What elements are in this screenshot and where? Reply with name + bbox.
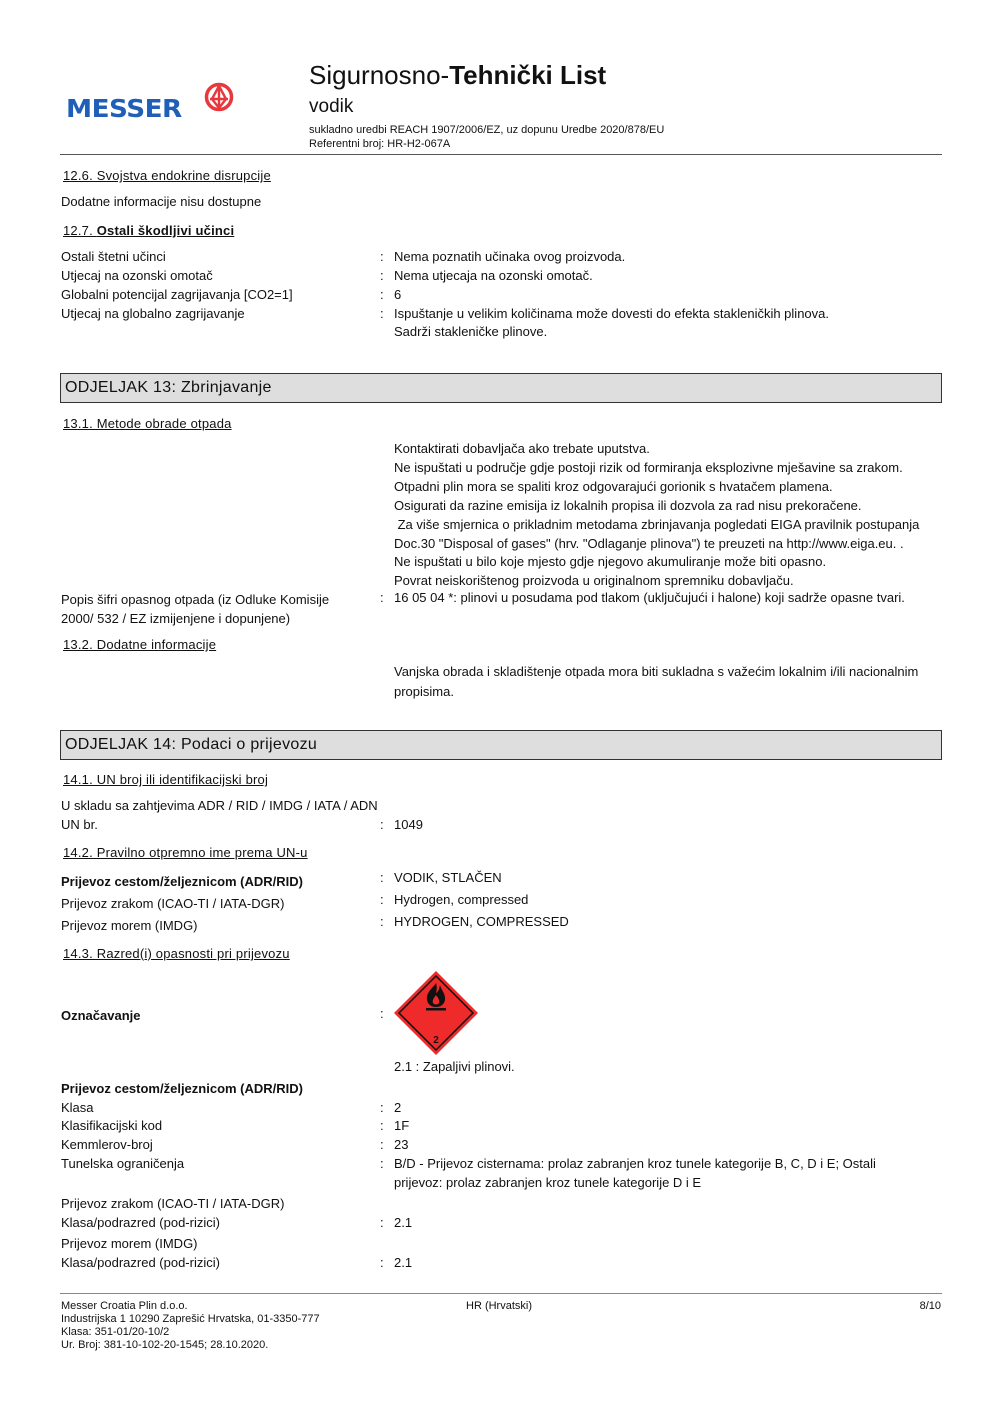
method-line: Povrat neiskorištenog proizvoda u origin… (394, 572, 919, 591)
additional-info: Vanjska obrada i skladištenje otpada mor… (394, 662, 918, 702)
flammable-gas-pictogram-icon: 2 (393, 970, 479, 1056)
adr-row-value: 2 (394, 1100, 401, 1115)
adr-row-value: B/D - Prijevoz cisternama: prolaz zabran… (394, 1156, 876, 1171)
row-label: Utjecaj na ozonski omotač (61, 268, 213, 283)
method-line: Ne ispuštati u bilo koje mjesto gdje nje… (394, 553, 919, 572)
waste-code-value: 16 05 04 *: plinovi u posudama pod tlako… (394, 590, 905, 605)
messer-logo: MESSER (66, 82, 236, 126)
adr-row-label: Tunelska ograničenja (61, 1156, 184, 1171)
method-line: Doc.30 "Disposal of gases" (hrv. "Odlaga… (394, 535, 919, 554)
colon: : (380, 914, 384, 929)
document-title: Sigurnosno-Tehnički List (309, 60, 606, 91)
colon: : (380, 1100, 384, 1115)
footer-klasa: Klasa: 351-01/20-10/2 (61, 1326, 320, 1339)
waste-label-line-1: Popis šifri opasnog otpada (iz Odluke Ko… (61, 590, 329, 609)
sea-class-label: Klasa/podrazred (pod-rizici) (61, 1255, 220, 1270)
adr-row-label: Klasifikacijski kod (61, 1118, 162, 1133)
colon: : (380, 590, 384, 605)
air-class-value: 2.1 (394, 1215, 412, 1230)
subsection-14-3-title: 14.3. Razred(i) opasnosti pri prijevozu (63, 946, 290, 961)
logo-text: MESSER (66, 94, 182, 123)
shipping-name-value: VODIK, STLAČEN (394, 870, 502, 885)
footer-company: Messer Croatia Plin d.o.o. (61, 1300, 320, 1313)
row-value: Ispuštanje u velikim količinama može dov… (394, 306, 829, 321)
subsection-12-6-title: 12.6. Svojstva endokrine disrupcije (63, 168, 271, 183)
adr-row-label: Klasa (61, 1100, 94, 1115)
messer-mark-icon (204, 82, 234, 112)
product-name: vodik (309, 96, 353, 118)
adr-heading: Prijevoz cestom/željeznicom (ADR/RID) (61, 1081, 303, 1096)
shipping-name-value: Hydrogen, compressed (394, 892, 528, 907)
adr-row-value: 1F (394, 1118, 409, 1133)
colon: : (380, 1156, 384, 1171)
footer-divider (60, 1293, 942, 1294)
footer-ur-broj: Ur. Broj: 381-10-102-20-1545; 28.10.2020… (61, 1339, 320, 1352)
additional-line-1: Vanjska obrada i skladištenje otpada mor… (394, 662, 918, 682)
method-line: Za više smjernica o prikladnim metodama … (394, 516, 919, 535)
shipping-name-label: Prijevoz cestom/željeznicom (ADR/RID) (61, 874, 303, 889)
sea-class-value: 2.1 (394, 1255, 412, 1270)
adr-row-value: 23 (394, 1137, 408, 1152)
method-line: Kontaktirati dobavljača ako trebate uput… (394, 440, 919, 459)
colon: : (380, 287, 384, 302)
row-label: Ostali štetni učinci (61, 249, 166, 264)
air-class-label: Klasa/podrazred (pod-rizici) (61, 1215, 220, 1230)
colon: : (380, 1215, 384, 1230)
row-value: Nema poznatih učinaka ovog proizvoda. (394, 249, 625, 264)
un-number-value: 1049 (394, 817, 423, 832)
labelling-label: Označavanje (61, 1008, 141, 1023)
air-heading: Prijevoz zrakom (ICAO-TI / IATA-DGR) (61, 1196, 284, 1211)
row-label: Utjecaj na globalno zagrijavanje (61, 306, 245, 321)
subsection-13-1-title: 13.1. Metode obrade otpada (63, 416, 232, 431)
colon: : (380, 249, 384, 264)
section-14-title: ODJELJAK 14: Podaci o prijevozu (65, 736, 317, 754)
additional-line-2: propisima. (394, 682, 918, 702)
waste-code-label: Popis šifri opasnog otpada (iz Odluke Ko… (61, 590, 329, 628)
adr-row-value-continued: prijevoz: prolaz zabranjen kroz tunele k… (394, 1175, 701, 1190)
colon: : (380, 892, 384, 907)
row-value-continued: Sadrži stakleničke plinove. (394, 324, 547, 339)
row-value: 6 (394, 287, 401, 302)
title-bold: Tehnički List (449, 60, 606, 90)
section-13-title: ODJELJAK 13: Zbrinjavanje (65, 379, 272, 397)
colon: : (380, 306, 384, 321)
shipping-name-label: Prijevoz zrakom (ICAO-TI / IATA-DGR) (61, 896, 284, 911)
regulation-text: sukladno uredbi REACH 1907/2006/EZ, uz d… (309, 123, 664, 137)
method-line: Osigurati da razine emisija iz lokalnih … (394, 497, 919, 516)
colon: : (380, 1255, 384, 1270)
header-divider (60, 154, 942, 155)
title-regular: Sigurnosno- (309, 60, 449, 90)
shipping-name-value: HYDROGEN, COMPRESSED (394, 914, 569, 929)
row-label: Globalni potencijal zagrijavanja [CO2=1] (61, 287, 293, 302)
subsection-12-7-title: 12.7. Ostali škodljivi učinci (63, 223, 234, 238)
subsection-14-2-title: 14.2. Pravilno otpremno ime prema UN-u (63, 845, 308, 860)
waste-label-line-2: 2000/ 532 / EZ izmijenjene i dopunjene) (61, 609, 329, 628)
colon: : (380, 268, 384, 283)
adr-row-label: Kemmlerov-broj (61, 1137, 153, 1152)
section-14-header: ODJELJAK 14: Podaci o prijevozu (60, 730, 942, 760)
s127-prefix: 12.7. (63, 223, 97, 238)
document-meta: sukladno uredbi REACH 1907/2006/EZ, uz d… (309, 123, 664, 151)
footer-address: Industrijska 1 10290 Zaprešić Hrvatska, … (61, 1313, 320, 1326)
reference-number: Referentni broj: HR-H2-067A (309, 137, 664, 151)
compliance-text: U skladu sa zahtjevima ADR / RID / IMDG … (61, 798, 378, 813)
disposal-methods: Kontaktirati dobavljača ako trebate uput… (394, 440, 919, 591)
colon: : (380, 1118, 384, 1133)
row-value: Nema utjecaja na ozonski omotač. (394, 268, 593, 283)
s126-text: Dodatne informacije nisu dostupne (61, 194, 261, 209)
section-13-header: ODJELJAK 13: Zbrinjavanje (60, 373, 942, 403)
un-number-label: UN br. (61, 817, 98, 832)
pictogram-caption: 2.1 : Zapaljivi plinovi. (394, 1059, 515, 1074)
colon: : (380, 1137, 384, 1152)
page-number: 8/10 (920, 1300, 941, 1313)
shipping-name-label: Prijevoz morem (IMDG) (61, 918, 198, 933)
method-line: Otpadni plin mora se spaliti kroz odgova… (394, 478, 919, 497)
subsection-14-1-title: 14.1. UN broj ili identifikacijski broj (63, 772, 268, 787)
colon: : (380, 1006, 384, 1021)
pictogram-class-number: 2 (433, 1035, 439, 1046)
footer-company-info: Messer Croatia Plin d.o.o. Industrijska … (61, 1300, 320, 1352)
colon: : (380, 870, 384, 885)
sea-heading: Prijevoz morem (IMDG) (61, 1236, 198, 1251)
colon: : (380, 817, 384, 832)
method-line: Ne ispuštati u područje gdje postoji riz… (394, 459, 919, 478)
footer-language: HR (Hrvatski) (466, 1300, 532, 1313)
subsection-13-2-title: 13.2. Dodatne informacije (63, 637, 216, 652)
s127-title-bold: Ostali škodljivi učinci (97, 223, 235, 238)
